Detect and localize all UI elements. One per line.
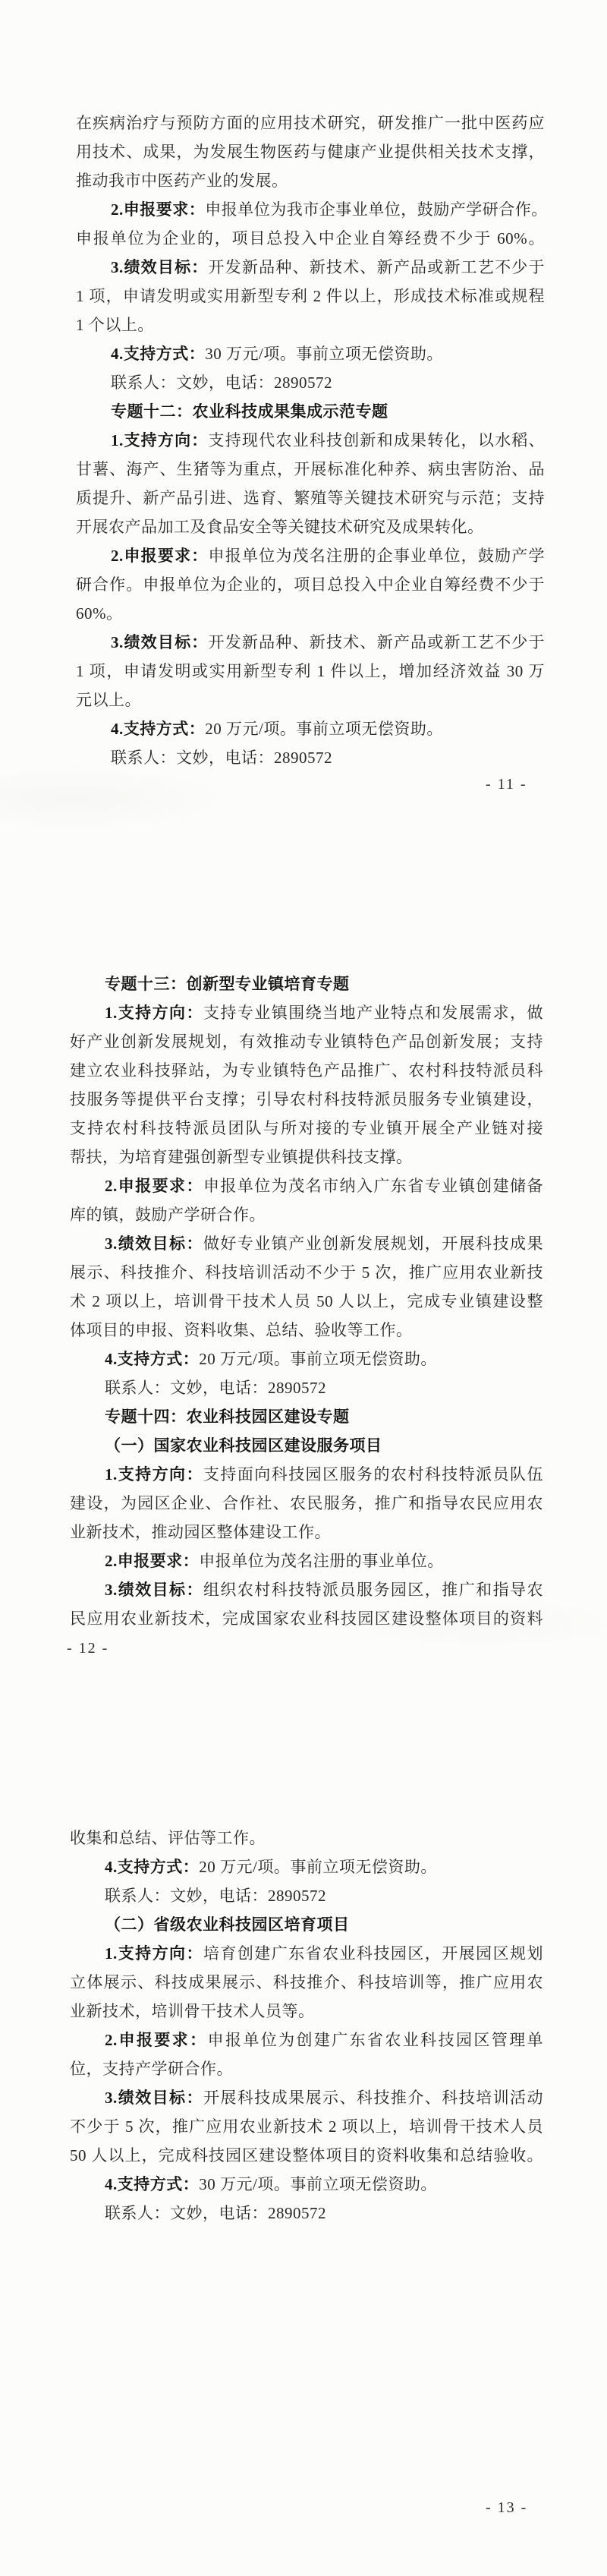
section-heading-line: 专题十四：农业科技园区建设专题 (70, 1402, 543, 1431)
page-number: - 11 - (486, 770, 527, 799)
line-text: 位，支持产学研合作。 (70, 2060, 233, 2078)
text-line: 4.支持方式：20 万元/项。事前立项无偿资助。 (76, 714, 545, 743)
line-text: 帮扶，为培育建强创新型专业镇提供科技支撑。 (70, 1148, 413, 1166)
text-line: 技服务等提供平台支撑；引导农村科技特派员服务专业镇建设， (70, 1085, 543, 1114)
line-text: 收集和总结、评估等工作。 (70, 1829, 266, 1847)
line-text: 申报单位为茂名注册的企事业单位，鼓励产学 (209, 547, 546, 565)
item-label: 3.绩效目标： (111, 258, 209, 276)
text-line: 3.绩效目标：做好专业镇产业创新发展规划，开展科技成果 (70, 1229, 543, 1258)
text-line: 甘薯、海产、生猪等为重点，开展标准化种养、病虫害防治、品 (76, 455, 545, 484)
line-text: 业新技术，推动园区整体建设工作。 (70, 1523, 331, 1541)
text-line: 4.支持方式：30 万元/项。事前立项无偿资助。 (76, 339, 545, 368)
text-line: 收集和总结、评估等工作。 (70, 1824, 543, 1852)
line-text: 申报单位为创建广东省农业科技园区管理单 (208, 2031, 543, 2049)
item-label: 4.支持方式： (105, 1350, 199, 1368)
line-text: 开展农产品加工及食品安全等关键技术研究及成果转化。 (76, 518, 484, 536)
text-line: 好产业创新发展规划，有效推动专业镇特色产品创新发展；支持 (70, 1027, 543, 1056)
text-line: 建立农业科技驿站，为专业镇特色产品推广、农村科技特派员科 (70, 1056, 543, 1085)
item-label: 3.绩效目标： (105, 1581, 203, 1599)
text-line: 2.申报要求：申报单位为我市企事业单位，鼓励产学研合作。 (76, 195, 545, 224)
line-text: 1 项，申请发明或实用新型专利 2 件以上，形成技术标准或规程 (76, 287, 545, 305)
page-12: 专题十三：创新型专业镇培育专题1.支持方向：支持专业镇围绕当地产业特点和发展需求… (70, 970, 543, 1633)
line-text: 支持现代农业科技创新和成果转化，以水稻、 (209, 431, 546, 449)
line-text: 做好专业镇产业创新发展规划，开展科技成果 (203, 1234, 543, 1253)
item-label: 4.支持方式： (105, 1858, 199, 1876)
item-label: 1.支持方向： (105, 1004, 203, 1022)
line-text: 不少于 5 次，推广应用农业新技术 2 项以上，培训骨干技术人员 (70, 2117, 543, 2136)
line-text: 体项目的申报、资料收集、总结、验收等工作。 (70, 1321, 413, 1339)
text-line: 位，支持产学研合作。 (70, 2054, 543, 2083)
text-line: 业新技术，培训骨干技术人员等。 (70, 1997, 543, 2026)
line-text: （一）国家农业科技园区建设服务项目 (105, 1436, 382, 1455)
text-line: 联系人：文妙，电话：2890572 (70, 1373, 543, 1402)
line-text: 专题十二：农业科技成果集成示范专题 (111, 402, 388, 421)
line-text: 开发新品种、新技术、新产品或新工艺不少于 (209, 258, 546, 276)
text-line: 1.支持方向：支持面向科技园区服务的农村科技特派员队伍 (70, 1460, 543, 1489)
text-line: 2.申报要求：申报单位为茂名注册的企事业单位，鼓励产学 (76, 541, 545, 570)
text-line: 2.申报要求：申报单位为茂名市纳入广东省专业镇创建储备 (70, 1171, 543, 1200)
line-text: 专题十四：农业科技园区建设专题 (105, 1408, 350, 1426)
line-text: 元以上。 (76, 691, 141, 709)
line-text: 20 万元/项。事前立项无偿资助。 (199, 1350, 437, 1368)
text-line: 1.支持方向：培育创建广东省农业科技园区，开展园区规划 (70, 1939, 543, 1968)
line-text: 60%。 (76, 604, 123, 623)
item-label: 3.绩效目标： (111, 633, 209, 651)
line-text: 20 万元/项。事前立项无偿资助。 (205, 720, 443, 738)
text-line: 3.绩效目标：开发新品种、新技术、新产品或新工艺不少于 (76, 253, 545, 282)
text-line: 1 项，申请发明或实用新型专利 1 件以上，增加经济效益 30 万 (76, 657, 545, 686)
line-text: 申报单位为我市企事业单位，鼓励产学研合作。 (205, 200, 548, 219)
line-text: 用技术、成果，为发展生物医药与健康产业提供相关技术支撑， (76, 143, 545, 161)
item-label: 1.支持方向： (111, 431, 209, 449)
line-text: 甘薯、海产、生猪等为重点，开展标准化种养、病虫害防治、品 (76, 460, 545, 478)
line-text: 组织农村科技特派员服务园区，推广和指导农 (203, 1581, 543, 1599)
line-text: 研合作。申报单位为企业的，项目总投入中企业自筹经费不少于 (76, 575, 545, 594)
item-label: 4.支持方式： (105, 2175, 199, 2193)
text-line: 民应用农业新技术，完成国家农业科技园区建设整体项目的资料 (70, 1604, 543, 1633)
text-line: 立体展示、科技成果展示、科技推介、科技培训等，推广应用农 (70, 1968, 543, 1997)
text-line: 3.绩效目标：开展科技成果展示、科技推介、科技培训活动 (70, 2083, 543, 2112)
section-heading-line: （二）省级农业科技园区培育项目 (70, 1910, 543, 1939)
line-text: 联系人：文妙，电话：2890572 (111, 374, 332, 392)
line-text: 业新技术，培训骨干技术人员等。 (70, 2002, 315, 2020)
text-line: 3.绩效目标：开发新品种、新技术、新产品或新工艺不少于 (76, 628, 545, 657)
text-line: 2.申报要求：申报单位为创建广东省农业科技园区管理单 (70, 2026, 543, 2054)
item-label: 1.支持方向： (105, 1465, 203, 1483)
item-label: 2.申报要求： (105, 1552, 199, 1570)
line-text: 1 个以上。 (76, 316, 154, 334)
text-line: 建设，为园区企业、合作社、农民服务，推广和指导农民应用农 (70, 1489, 543, 1518)
item-label: 4.支持方式： (111, 720, 205, 738)
line-text: （二）省级农业科技园区培育项目 (105, 1915, 350, 1934)
item-label: 2.申报要求： (105, 2031, 208, 2049)
text-line: 支持农村科技特派员团队与所对接的专业镇开展全产业链对接 (70, 1114, 543, 1143)
text-line: 用技术、成果，为发展生物医药与健康产业提供相关技术支撑， (76, 137, 545, 166)
text-line: 联系人：文妙，电话：2890572 (70, 2199, 543, 2228)
text-line: 推动我市中医药产业的发展。 (76, 166, 545, 195)
line-text: 30 万元/项。事前立项无偿资助。 (199, 2175, 437, 2193)
text-line: 1.支持方向：支持专业镇围绕当地产业特点和发展需求，做 (70, 998, 543, 1027)
line-text: 20 万元/项。事前立项无偿资助。 (199, 1858, 437, 1876)
section-heading-line: 专题十三：创新型专业镇培育专题 (70, 970, 543, 998)
text-line: 1 项，申请发明或实用新型专利 2 件以上，形成技术标准或规程 (76, 282, 545, 311)
line-text: 联系人：文妙，电话：2890572 (105, 1379, 326, 1397)
text-line: 元以上。 (76, 686, 545, 714)
line-text: 技服务等提供平台支撑；引导农村科技特派员服务专业镇建设， (70, 1090, 543, 1108)
text-line: 帮扶，为培育建强创新型专业镇提供科技支撑。 (70, 1143, 543, 1171)
line-text: 在疾病治疗与预防方面的应用技术研究，研发推广一批中医药应 (76, 114, 545, 132)
text-line: 1 个以上。 (76, 311, 545, 339)
text-line: 4.支持方式：30 万元/项。事前立项无偿资助。 (70, 2170, 543, 2199)
text-line: 申报单位为企业的，项目总投入中企业自筹经费不少于 60%。 (76, 224, 545, 253)
item-label: 1.支持方向： (105, 1944, 203, 1963)
line-text: 建立农业科技驿站，为专业镇特色产品推广、农村科技特派员科 (70, 1061, 543, 1080)
line-text: 联系人：文妙，电话：2890572 (111, 749, 332, 767)
item-label: 2.申报要求： (105, 1177, 203, 1195)
line-text: 专题十三：创新型专业镇培育专题 (105, 975, 350, 993)
page-number: - 13 - (486, 2493, 527, 2522)
line-text: 质提升、新产品引进、选育、繁殖等关键技术研究与示范；支持 (76, 489, 545, 507)
line-text: 30 万元/项。事前立项无偿资助。 (205, 345, 443, 363)
line-text: 50 人以上，完成科技园区建设整体项目的资料收集和总结验收。 (70, 2146, 543, 2165)
item-label: 4.支持方式： (111, 345, 205, 363)
text-line: 开展农产品加工及食品安全等关键技术研究及成果转化。 (76, 512, 545, 541)
scanned-document: 在疾病治疗与预防方面的应用技术研究，研发推广一批中医药应用技术、成果，为发展生物… (0, 0, 607, 2576)
text-line: 60%。 (76, 599, 545, 628)
line-text: 培育创建广东省农业科技园区，开展园区规划 (203, 1944, 543, 1963)
line-text: 好产业创新发展规划，有效推动专业镇特色产品创新发展；支持 (70, 1033, 543, 1051)
line-text: 申报单位为企业的，项目总投入中企业自筹经费不少于 60%。 (76, 229, 545, 248)
line-text: 库的镇，鼓励产学研合作。 (70, 1206, 266, 1224)
item-label: 2.申报要求： (111, 200, 205, 219)
text-line: 联系人：文妙，电话：2890572 (70, 1881, 543, 1910)
text-line: 体项目的申报、资料收集、总结、验收等工作。 (70, 1316, 543, 1345)
text-line: 业新技术，推动园区整体建设工作。 (70, 1518, 543, 1547)
text-line: 研合作。申报单位为企业的，项目总投入中企业自筹经费不少于 (76, 570, 545, 599)
text-line: 库的镇，鼓励产学研合作。 (70, 1200, 543, 1229)
line-text: 开发新品种、新技术、新产品或新工艺不少于 (209, 633, 546, 651)
line-text: 民应用农业新技术，完成国家农业科技园区建设整体项目的资料 (70, 1610, 543, 1628)
text-line: 在疾病治疗与预防方面的应用技术研究，研发推广一批中医药应 (76, 109, 545, 137)
section-heading-line: （一）国家农业科技园区建设服务项目 (70, 1431, 543, 1460)
line-text: 建设，为园区企业、合作社、农民服务，推广和指导农民应用农 (70, 1494, 543, 1512)
item-label: 3.绩效目标： (105, 2089, 203, 2107)
text-line: 4.支持方式：20 万元/项。事前立项无偿资助。 (70, 1852, 543, 1881)
text-line: 术 2 项以上，培训骨干技术人员 50 人以上，完成专业镇建设整 (70, 1287, 543, 1316)
line-text: 支持农村科技特派员团队与所对接的专业镇开展全产业链对接 (70, 1119, 543, 1137)
line-text: 支持专业镇围绕当地产业特点和发展需求，做 (203, 1004, 543, 1022)
section-heading-line: 专题十二：农业科技成果集成示范专题 (76, 397, 545, 426)
line-text: 立体展示、科技成果展示、科技推介、科技培训等，推广应用农 (70, 1973, 543, 1991)
line-text: 联系人：文妙，电话：2890572 (105, 1887, 326, 1905)
line-text: 1 项，申请发明或实用新型专利 1 件以上，增加经济效益 30 万 (76, 662, 545, 680)
text-line: 4.支持方式：20 万元/项。事前立项无偿资助。 (70, 1345, 543, 1373)
text-line: 2.申报要求：申报单位为茂名注册的事业单位。 (70, 1547, 543, 1575)
page-11: 在疾病治疗与预防方面的应用技术研究，研发推广一批中医药应用技术、成果，为发展生物… (76, 109, 545, 772)
text-line: 1.支持方向：支持现代农业科技创新和成果转化，以水稻、 (76, 426, 545, 455)
line-text: 申报单位为茂名市纳入广东省专业镇创建储备 (203, 1177, 543, 1195)
page-number: - 12 - (67, 1634, 109, 1663)
text-line: 3.绩效目标：组织农村科技特派员服务园区，推广和指导农 (70, 1575, 543, 1604)
line-text: 推动我市中医药产业的发展。 (76, 172, 288, 190)
text-line: 50 人以上，完成科技园区建设整体项目的资料收集和总结验收。 (70, 2141, 543, 2170)
text-line: 展示、科技推介、科技培训活动不少于 5 次，推广应用农业新技 (70, 1258, 543, 1287)
line-text: 联系人：文妙，电话：2890572 (105, 2204, 326, 2222)
line-text: 申报单位为茂名注册的事业单位。 (199, 1552, 444, 1570)
line-text: 支持面向科技园区服务的农村科技特派员队伍 (203, 1465, 543, 1483)
line-text: 展示、科技推介、科技培训活动不少于 5 次，推广应用农业新技 (70, 1263, 543, 1282)
item-label: 3.绩效目标： (105, 1234, 203, 1253)
text-line: 联系人：文妙，电话：2890572 (76, 368, 545, 397)
text-line: 联系人：文妙，电话：2890572 (76, 743, 545, 772)
text-line: 质提升、新产品引进、选育、繁殖等关键技术研究与示范；支持 (76, 484, 545, 512)
item-label: 2.申报要求： (111, 547, 209, 565)
text-line: 不少于 5 次，推广应用农业新技术 2 项以上，培训骨干技术人员 (70, 2112, 543, 2141)
line-text: 术 2 项以上，培训骨干技术人员 50 人以上，完成专业镇建设整 (70, 1292, 543, 1310)
line-text: 开展科技成果展示、科技推介、科技培训活动 (203, 2089, 543, 2107)
page-13: 收集和总结、评估等工作。4.支持方式：20 万元/项。事前立项无偿资助。联系人：… (70, 1824, 543, 2228)
